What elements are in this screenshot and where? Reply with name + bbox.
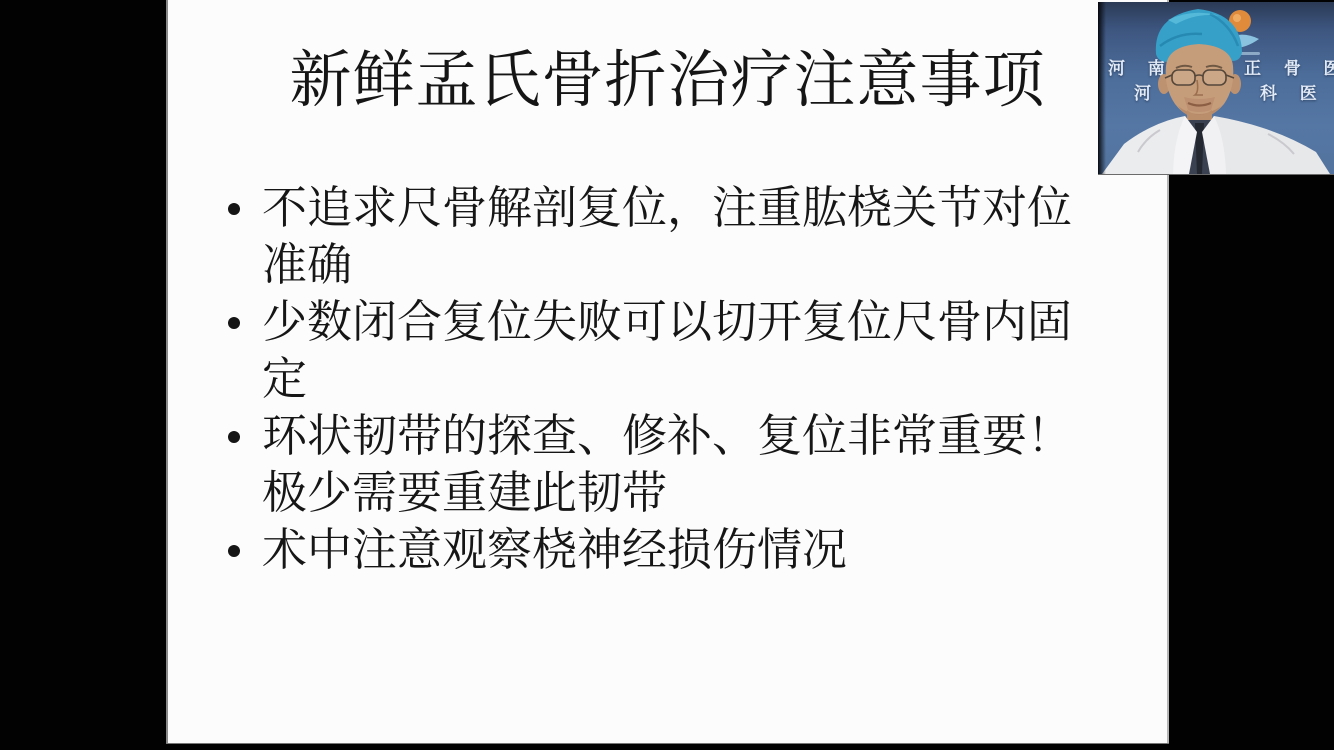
video-player-frame: 新鲜孟氏骨折治疗注意事项 不追求尺骨解剖复位，注重肱桡关节对位 准确 少数闭合复… bbox=[0, 0, 1334, 750]
bullet-line: 不追求尺骨解剖复位，注重肱桡关节对位 bbox=[262, 180, 1072, 237]
bullet-icon bbox=[228, 317, 240, 329]
bullet-icon bbox=[228, 545, 240, 557]
bullet-text: 术中注意观察桡神经损伤情况 bbox=[262, 522, 847, 579]
list-item: 术中注意观察桡神经损伤情况 bbox=[226, 522, 1072, 579]
bullet-line: 极少需要重建此韧带 bbox=[262, 465, 1072, 522]
slide-title: 新鲜孟氏骨折治疗注意事项 bbox=[168, 42, 1167, 120]
bullet-line: 定 bbox=[262, 351, 1072, 408]
bullet-list: 不追求尺骨解剖复位，注重肱桡关节对位 准确 少数闭合复位失败可以切开复位尺骨内固… bbox=[226, 180, 1072, 579]
list-item: 环状韧带的探查、修补、复位非常重要！ 极少需要重建此韧带 bbox=[226, 408, 1072, 522]
speaker-video-overlay[interactable]: 河 南 正 骨 医 院 河 南 科 医 院 bbox=[1098, 2, 1334, 175]
white-coat-icon bbox=[1102, 116, 1330, 174]
bullet-text: 不追求尺骨解剖复位，注重肱桡关节对位 准确 bbox=[262, 180, 1072, 294]
video-edge-shadow bbox=[1098, 2, 1106, 174]
bullet-text: 少数闭合复位失败可以切开复位尺骨内固 定 bbox=[262, 294, 1072, 408]
speaker-doctor-illustration bbox=[1098, 2, 1334, 174]
list-item: 少数闭合复位失败可以切开复位尺骨内固 定 bbox=[226, 294, 1072, 408]
bullet-line: 少数闭合复位失败可以切开复位尺骨内固 bbox=[262, 294, 1072, 351]
bullet-icon bbox=[228, 431, 240, 443]
bullet-line: 环状韧带的探查、修补、复位非常重要！ bbox=[262, 408, 1072, 465]
bullet-icon bbox=[228, 203, 240, 215]
presentation-slide: 新鲜孟氏骨折治疗注意事项 不追求尺骨解剖复位，注重肱桡关节对位 准确 少数闭合复… bbox=[166, 0, 1169, 743]
bullet-text: 环状韧带的探查、修补、复位非常重要！ 极少需要重建此韧带 bbox=[262, 408, 1072, 522]
bullet-line: 准确 bbox=[262, 237, 1072, 294]
bullet-line: 术中注意观察桡神经损伤情况 bbox=[262, 522, 847, 579]
list-item: 不追求尺骨解剖复位，注重肱桡关节对位 准确 bbox=[226, 180, 1072, 294]
